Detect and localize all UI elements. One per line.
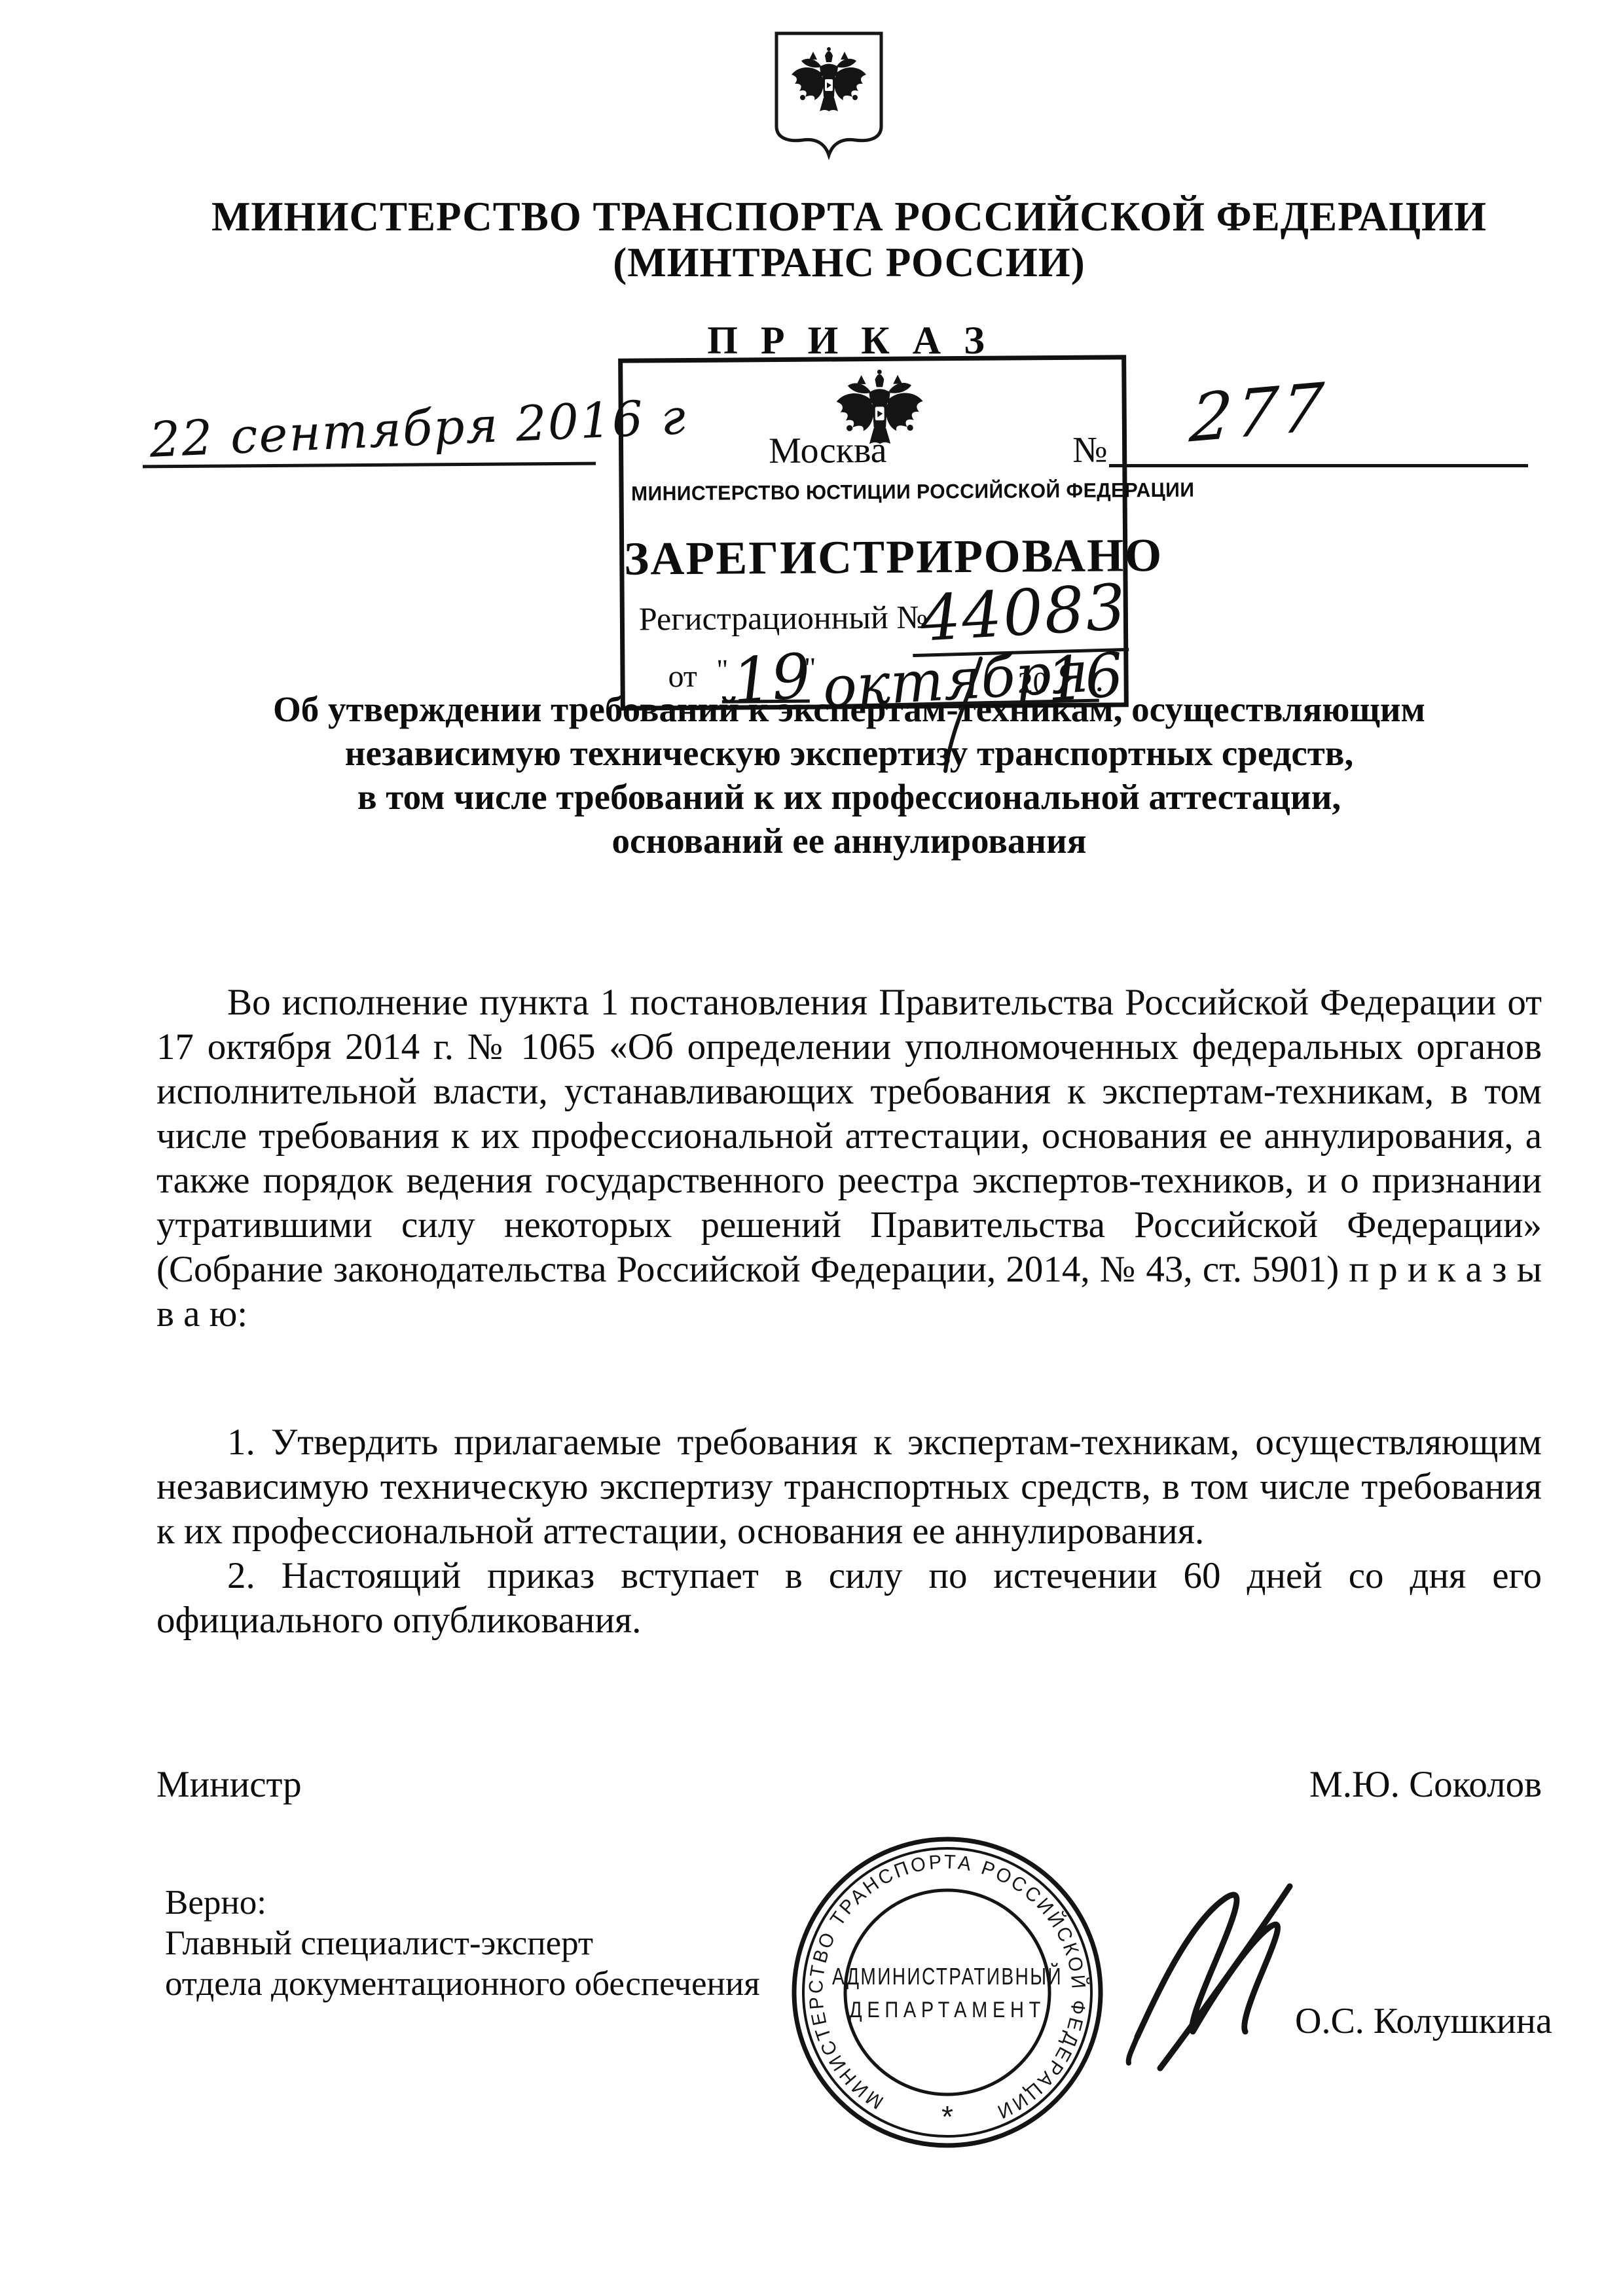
order-item-2: 2. Настоящий приказ вступает в силу по и…: [156, 1554, 1542, 1643]
minister-signature-row: Министр М.Ю. Соколов: [156, 1763, 1542, 1806]
stamp-star: *: [941, 2100, 953, 2134]
order-number-underline: [1109, 464, 1528, 467]
certifier-position: Главный специалист-эксперт: [165, 1923, 760, 1964]
handwritten-issue-date: 22 сентября 2016 г: [149, 389, 688, 469]
signature-icon: [1121, 1867, 1317, 2083]
subject-line: в том числе требований к их профессионал…: [156, 775, 1542, 819]
registration-stamp-box: Москва № МИНИСТЕРСТВО ЮСТИЦИИ РОССИЙСКОЙ…: [618, 355, 1129, 710]
order-item-1: 1. Утвердить прилагаемые требования к эк…: [156, 1420, 1542, 1554]
coat-of-arms-icon: [771, 27, 886, 166]
org-name-block: МИНИСТЕРСТВО ТРАНСПОРТА РОССИЙСКОЙ ФЕДЕР…: [156, 194, 1542, 285]
order-items: 1. Утвердить прилагаемые требования к эк…: [156, 1420, 1542, 1643]
open-quote: ": [716, 653, 728, 687]
subject-line: оснований ее аннулирования: [156, 819, 1542, 863]
stamp-center-line2: ДЕПАРТАМЕНТ: [849, 1998, 1046, 2022]
stamp-center-line1: АДМИНИСТРАТИВНЫЙ: [832, 1962, 1063, 1990]
subject-title: Об утверждении требований к экспертам-те…: [156, 687, 1542, 863]
order-number-handwritten: 277: [1187, 368, 1330, 457]
justice-ministry-label: МИНИСТЕРСТВО ЮСТИЦИИ РОССИЙСКОЙ ФЕДЕРАЦИ…: [631, 478, 1115, 505]
subject-line: Об утверждении требований к экспертам-те…: [156, 687, 1542, 731]
certifier-name: О.С. Колушкина: [1295, 2000, 1552, 2042]
verno-label: Верно:: [165, 1882, 760, 1923]
document-page: МИНИСТЕРСТВО ТРАНСПОРТА РОССИЙСКОЙ ФЕДЕР…: [0, 0, 1623, 2296]
reg-number-label: Регистрационный №: [639, 598, 928, 637]
org-name-line1: МИНИСТЕРСТВО ТРАНСПОРТА РОССИЙСКОЙ ФЕДЕР…: [156, 194, 1542, 240]
round-stamp: МИНИСТЕРСТВО ТРАНСПОРТА РОССИЙСКОЙ ФЕДЕР…: [784, 1829, 1111, 2156]
certifier-department: отдела документационного обеспечения: [165, 1964, 760, 2004]
certification-block: Верно: Главный специалист-эксперт отдела…: [165, 1882, 760, 2004]
number-label: №: [1072, 429, 1108, 471]
org-name-line2: (МИНТРАНС РОССИИ): [156, 240, 1542, 285]
close-quote: ": [804, 651, 816, 685]
minister-label: Министр: [156, 1763, 302, 1806]
minister-name: М.Ю. Соколов: [1309, 1763, 1542, 1806]
subject-line: независимую техническую экспертизу транс…: [156, 731, 1542, 775]
preamble-paragraph: Во исполнение пункта 1 постановления Пра…: [156, 980, 1542, 1336]
stamp-eagle-icon: [831, 363, 928, 454]
